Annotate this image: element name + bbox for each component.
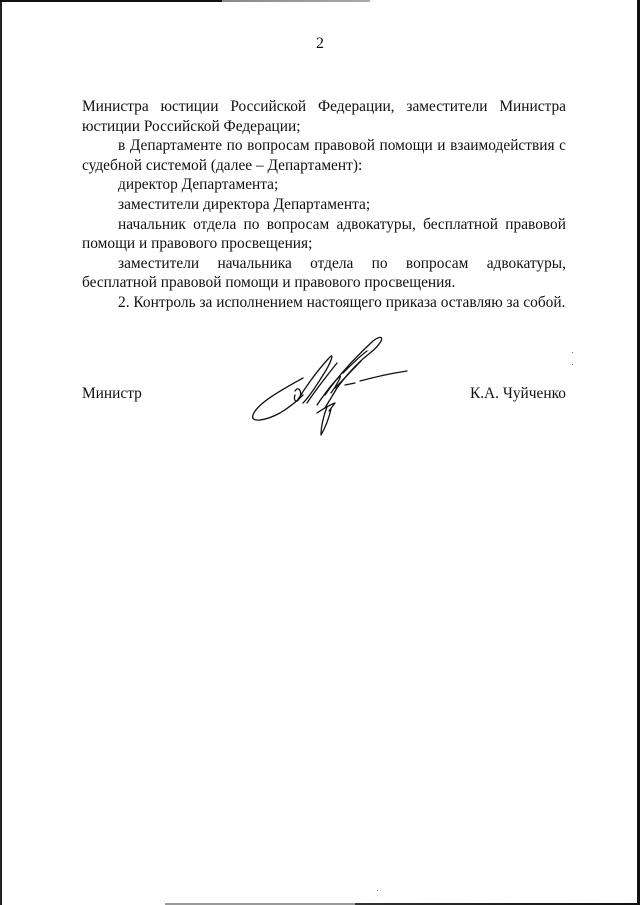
paragraph-division-deputies: заместители начальника отдела по вопроса… — [82, 254, 566, 293]
signatory-name: К.А. Чуйченко — [470, 385, 566, 403]
document-body: Министра юстиции Российской Федерации, з… — [82, 97, 566, 313]
signatory-title: Министр — [82, 385, 142, 403]
scan-border-left — [0, 2, 2, 905]
paragraph-deputy-directors: заместители директора Департамента; — [82, 195, 566, 215]
paragraph-division-head: начальник отдела по вопросам адвокатуры,… — [82, 215, 566, 254]
scan-speck — [572, 352, 573, 353]
paragraph-director: директор Департамента; — [82, 175, 566, 195]
paragraph-ministry-leadership: Министра юстиции Российской Федерации, з… — [82, 97, 566, 136]
paragraph-department: в Департаменте по вопросам правовой помо… — [82, 136, 566, 175]
paragraph-control-clause: 2. Контроль за исполнением настоящего пр… — [82, 293, 566, 313]
handwritten-signature-icon — [245, 333, 415, 438]
page-number: 2 — [0, 35, 640, 53]
scan-border-top — [0, 0, 370, 2]
scan-speck — [572, 364, 573, 365]
scan-speck — [377, 890, 378, 891]
